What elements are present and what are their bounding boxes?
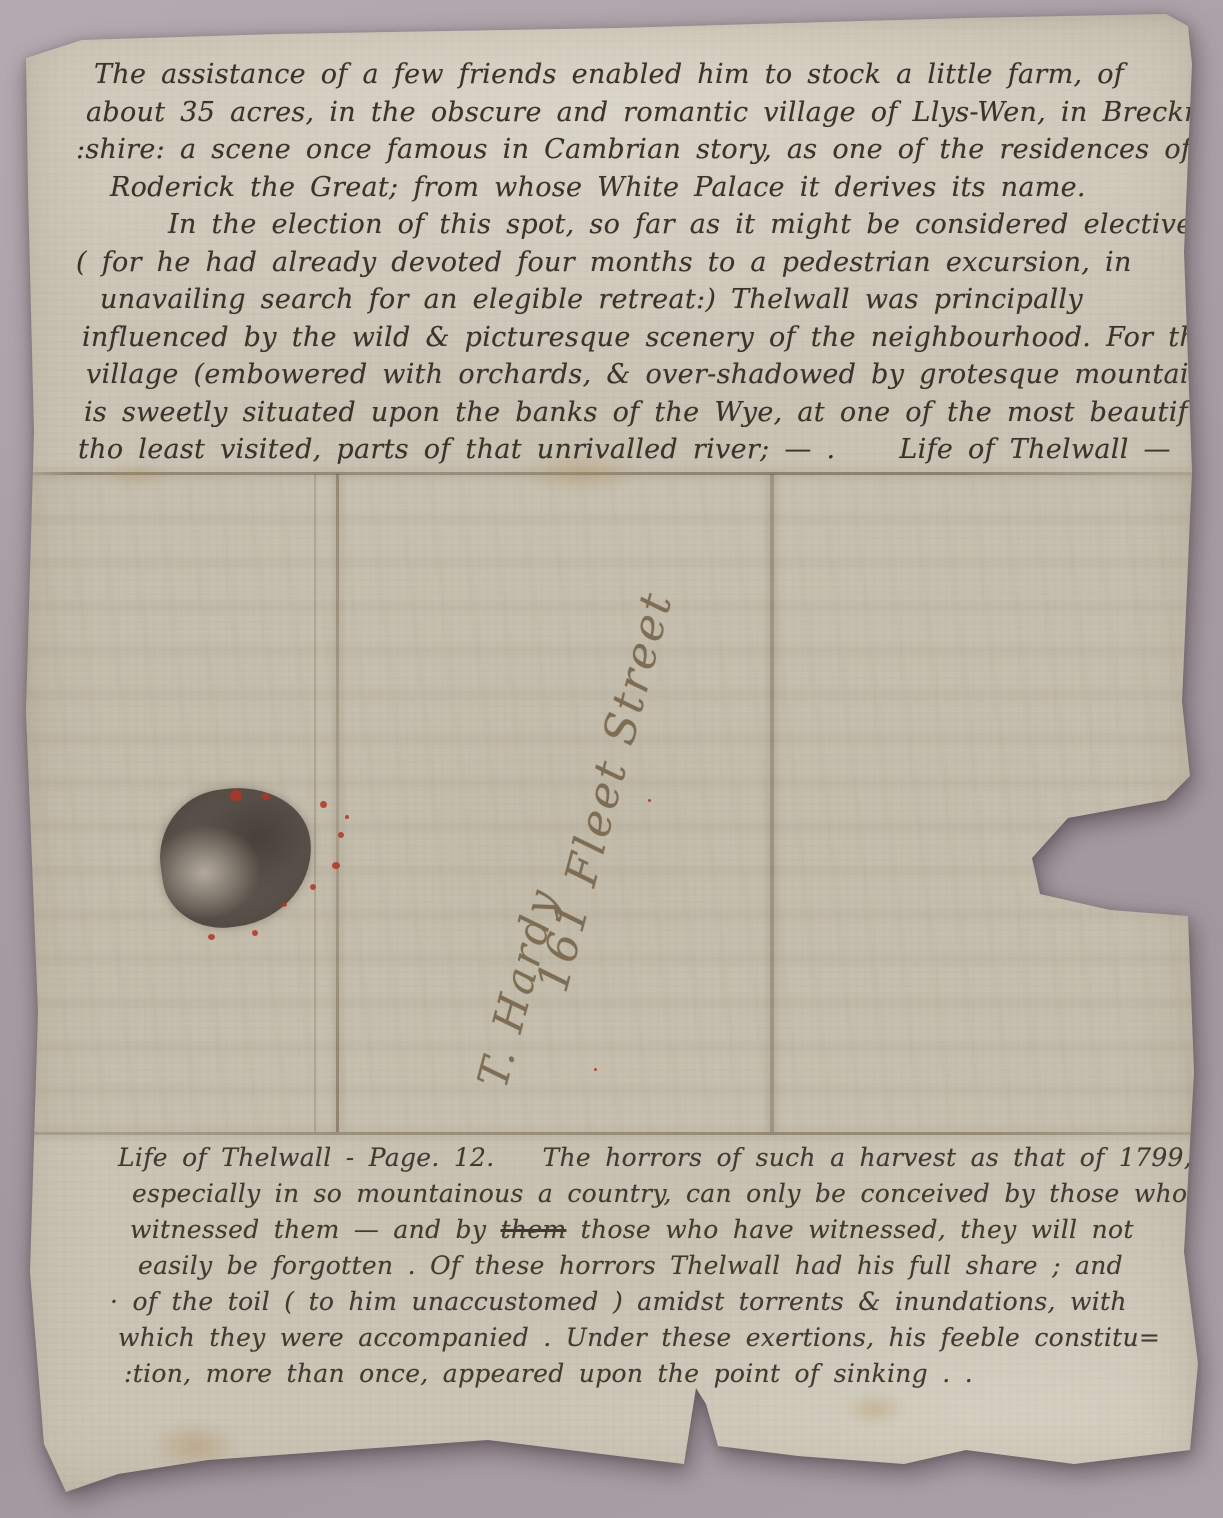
handwritten-line: The assistance of a few friends enabled …: [76, 56, 1180, 94]
handwritten-line: about 35 acres, in the obscure and roman…: [76, 94, 1180, 132]
photograph-background: The assistance of a few friends enabled …: [0, 0, 1223, 1518]
paper-stain: [150, 1420, 240, 1472]
wax-residue-dot: [252, 930, 258, 936]
address-street: 161 Fleet Street: [505, 505, 704, 1078]
bottom-transcription-block: Life of Thelwall - Page. 12.The horrors …: [110, 1140, 1170, 1392]
handwritten-line: · of the toil ( to him unaccustomed ) am…: [110, 1284, 1170, 1320]
handwritten-line: Roderick the Great; from whose White Pal…: [76, 169, 1180, 207]
wax-residue-dot: [208, 934, 215, 940]
wax-residue-dot: [345, 815, 349, 819]
wax-residue-dot: [310, 884, 316, 890]
handwritten-line: witnessed them — and by them those who h…: [110, 1212, 1170, 1248]
handwritten-line: especially in so mountainous a country, …: [110, 1176, 1170, 1212]
handwritten-line-text: tho least visited, parts of that unrival…: [78, 434, 835, 465]
handwritten-line: ( for he had already devoted four months…: [76, 244, 1180, 282]
handwritten-line: easily be forgotten . Of these horrors T…: [110, 1248, 1170, 1284]
handwritten-line: which they were accompanied . Under thes…: [110, 1320, 1170, 1356]
wax-residue-dot: [338, 832, 344, 838]
fold-crease-horizontal-bottom: [18, 1132, 1204, 1135]
source-caption: Life of Thelwall - Page. 12.: [118, 1143, 495, 1172]
source-attribution: Life of Thelwall —: [899, 434, 1170, 465]
fold-crease-vertical-left-faint: [314, 474, 316, 1132]
wax-residue-dot: [594, 1068, 597, 1071]
wax-residue-dot: [648, 799, 651, 802]
struck-through-word: them: [501, 1215, 567, 1244]
handwritten-line: influenced by the wild & picturesque sce…: [76, 319, 1180, 357]
fold-crease-horizontal-top: [18, 472, 1204, 475]
letter-sheet: The assistance of a few friends enabled …: [18, 12, 1204, 1498]
handwritten-line: :tion, more than once, appeared upon the…: [110, 1356, 1170, 1392]
wax-seal: [151, 778, 321, 936]
handwritten-line: unavailing search for an elegible retrea…: [76, 281, 1180, 319]
handwritten-line-text: those who have witnessed, they will not: [566, 1215, 1133, 1244]
paper-stain: [844, 1392, 906, 1426]
wax-residue-dot: [332, 862, 340, 869]
fold-crease-vertical-left: [336, 474, 339, 1132]
wax-residue-dot: [320, 801, 327, 808]
handwritten-line-text: witnessed them — and by: [130, 1215, 501, 1244]
handwritten-line: Life of Thelwall - Page. 12.The horrors …: [110, 1140, 1170, 1176]
handwritten-line: tho least visited, parts of that unrival…: [76, 431, 1180, 469]
handwritten-line: :shire: a scene once famous in Cambrian …: [76, 131, 1180, 169]
handwritten-line: village (embowered with orchards, & over…: [76, 356, 1180, 394]
letter-sheet-shadow: The assistance of a few friends enabled …: [18, 12, 1204, 1498]
fold-crease-vertical-right: [770, 474, 774, 1132]
top-transcription-block: The assistance of a few friends enabled …: [76, 56, 1180, 469]
handwritten-line: is sweetly situated upon the banks of th…: [76, 394, 1180, 432]
handwritten-line-text: The horrors of such a harvest as that of…: [543, 1143, 1192, 1172]
handwritten-line: In the election of this spot, so far as …: [76, 206, 1180, 244]
